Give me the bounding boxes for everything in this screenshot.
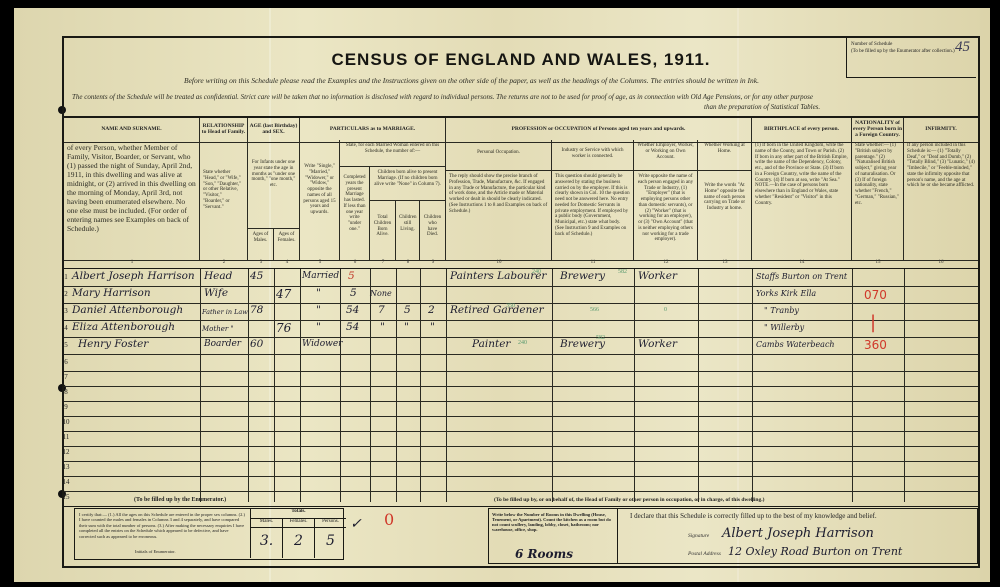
header-age: AGE (last Birthday) and SEX. [248, 118, 300, 142]
column-number: 10 [446, 260, 552, 268]
header-name: NAME AND SURNAME. [64, 118, 200, 142]
children-died-cell: " [430, 321, 435, 333]
subheader-children-total: Total Children Born Alive. [370, 200, 396, 260]
subheader-employer: Whether Employer, Worker, or Working on … [634, 140, 698, 170]
females-label: Females. [283, 519, 315, 527]
name-cell: Henry Foster [78, 338, 148, 350]
subheader-married-woman: State, for each Married Woman entered on… [340, 140, 446, 166]
marital-cell: " [316, 304, 321, 316]
occupation-code: 240 [532, 269, 541, 275]
red-code-annotation: 360 [864, 338, 887, 352]
subheader-ages-males: Ages of Males. [248, 228, 274, 260]
relationship-cell: Boarder [204, 339, 241, 349]
enumerator-heading: (To be filled up by the Enumerator.) [134, 497, 226, 503]
census-form-sheet: CENSUS OF ENGLAND AND WALES, 1911. Befor… [14, 8, 990, 582]
relationship-cell: Father in Law [202, 308, 248, 316]
red-line-mark: | [870, 312, 876, 333]
header-marriage: PARTICULARS as to MARRIAGE. [300, 118, 446, 142]
subheader-working-home-desc: Write the words "At Home" opposite the n… [698, 170, 752, 260]
column-number: 16 [904, 260, 978, 268]
years-married-cell: 54 [346, 321, 359, 333]
industry-code: 582 [596, 335, 605, 341]
form-frame: CENSUS OF ENGLAND AND WALES, 1911. Befor… [62, 36, 980, 568]
name-cell: Albert Joseph Harrison [72, 270, 195, 282]
males-total: 3. [251, 528, 283, 558]
signature-label: Signature [688, 533, 709, 539]
marital-cell: " [316, 287, 321, 299]
employer-code: 0 [664, 307, 667, 313]
subheader-nationality: State whether:— (1) "British subject by … [852, 140, 904, 260]
header-profession: PROFESSION or OCCUPATION of Persons aged… [446, 118, 752, 142]
persons-total: 5 [315, 528, 346, 558]
subheader-birthplace: (1) If born in the United Kingdom, write… [752, 140, 852, 260]
address-value: 12 Oxley Road Burton on Trent [728, 545, 902, 558]
employer-cell: Worker [638, 270, 677, 282]
declaration-box: I declare that this Schedule is correctl… [618, 508, 978, 564]
rooms-value: 6 Rooms [515, 547, 573, 561]
persons-label: Persons. [315, 519, 346, 527]
schedule-number-box: Number of Schedule (To be filled up by t… [846, 38, 976, 78]
row-number: 2 [61, 290, 71, 298]
row-number: 11 [61, 433, 71, 441]
name-cell: Mary Harrison [72, 287, 151, 299]
column-number: 11 [552, 260, 634, 268]
age-male-cell: 60 [250, 338, 263, 350]
householder-heading: (To be filled up by, or on behalf of, th… [494, 497, 764, 503]
total-children-cell: " [380, 321, 385, 333]
total-children-cell: 7 [378, 304, 385, 316]
column-number: 2 [200, 260, 248, 268]
row-number: 9 [61, 403, 71, 411]
birthplace-cell: Staffs Burton on Trent [756, 272, 847, 281]
table-row: 5 Henry Foster Boarder 60 Widower Painte… [64, 337, 978, 355]
row-number: 15 [61, 493, 71, 501]
birthplace-cell: Yorks Kirk Ella [756, 289, 816, 298]
signature-value: Albert Joseph Harrison [722, 526, 874, 541]
header-infirmity: INFIRMITY. [904, 118, 978, 142]
column-number: 5 [300, 260, 340, 268]
subheader-completed-years: Completed years the present Marriage has… [340, 166, 370, 260]
birthplace-cell: " Tranby [764, 306, 799, 315]
subheader-name: of every Person, whether Member of Famil… [64, 140, 200, 260]
red-mark: 0 [384, 510, 394, 529]
red-code-annotation: 070 [864, 288, 887, 302]
column-number: 7 [370, 260, 396, 268]
column-number: 6 [340, 260, 370, 268]
table-row: 3 Daniel Attenborough Father in Law 78 "… [64, 303, 978, 321]
employer-cell: Worker [638, 338, 677, 350]
marital-cell: " [316, 321, 321, 333]
age-male-cell: 45 [250, 270, 263, 282]
industry-code: 582 [618, 269, 627, 275]
marital-cell: Widower [302, 339, 342, 349]
row-number: 8 [61, 388, 71, 396]
relationship-cell: Wife [204, 287, 228, 299]
subheader-relationship: State whether "Head," or "Wife," "Son," … [200, 140, 248, 260]
column-number: 8 [396, 260, 420, 268]
years-married-cell: 5 [350, 287, 357, 299]
subheader-children: Children born alive to present Marriage.… [370, 166, 446, 200]
name-cell: Daniel Attenborough [72, 304, 183, 316]
occupation-code: 350 [506, 303, 515, 309]
birthplace-cell: " Willerby [764, 323, 804, 332]
form-title: CENSUS OF ENGLAND AND WALES, 1911. [64, 50, 978, 70]
instruction-line: Before writing on this Schedule please r… [184, 76, 759, 85]
industry-cell: Brewery [560, 270, 605, 282]
table-row: 1 Albert Joseph Harrison Head 45 Married… [64, 269, 978, 287]
schedule-number-label: Number of Schedule [851, 42, 972, 47]
column-number: 9 [420, 260, 446, 268]
column-number: 13 [698, 260, 752, 268]
subheader-infants: For Infants under one year state the age… [248, 140, 300, 228]
check-mark: ✓ [350, 516, 362, 532]
subheader-infirmity: If any person included in this Schedule … [904, 140, 978, 260]
row-number: 4 [61, 324, 71, 332]
row-number: 3 [61, 307, 71, 315]
subheader-occupation-desc: The reply should show the precise branch… [446, 170, 552, 260]
column-subheader-row: of every Person, whether Member of Famil… [64, 140, 978, 261]
column-header-row: NAME AND SURNAME. RELATIONSHIP to Head o… [64, 116, 978, 143]
age-female-cell: 47 [276, 287, 291, 301]
children-living-cell: 5 [404, 304, 411, 316]
subheader-marital: Write "Single," "Married," "Widower," or… [300, 140, 340, 260]
enumerator-certify: I certify that:— (1.) All the ages on th… [79, 512, 245, 539]
column-number: 1 [64, 260, 200, 268]
age-female-cell: 76 [276, 321, 291, 335]
years-married-cell: 5 [348, 270, 355, 282]
column-number: 15 [852, 260, 904, 268]
birthplace-cell: Cambs Waterbeach [756, 340, 835, 349]
row-number: 14 [61, 478, 71, 486]
marital-cell: Married [302, 271, 339, 281]
children-died-cell: 2 [428, 304, 435, 316]
header-relationship: RELATIONSHIP to Head of Family. [200, 118, 248, 142]
years-married-cell: 54 [346, 304, 359, 316]
males-label: Males. [251, 519, 283, 527]
rooms-instruction: Write below the Number of Rooms in this … [492, 512, 614, 532]
subheader-children-living: Children still Living. [396, 200, 420, 260]
schedule-number: 45 [955, 39, 970, 56]
subheader-industry-desc: This question should generally be answer… [552, 170, 634, 260]
confidential-line: The contents of the Schedule will be tre… [72, 93, 813, 101]
relationship-cell: Head [204, 270, 232, 282]
subheader-children-died: Children who have Died. [420, 200, 446, 260]
females-total: 2 [283, 528, 315, 558]
subheader-industry: Industry or Service with which worker is… [552, 140, 634, 170]
row-number: 10 [61, 418, 71, 426]
subheader-personal-occupation: Personal Occupation. [446, 140, 552, 170]
row-number: 13 [61, 463, 71, 471]
column-number: 3 [248, 260, 274, 268]
totals-box: Totals. Males. Females. Persons. 3. 2 5 [250, 509, 346, 558]
enumerator-box: I certify that:— (1.) All the ages on th… [74, 508, 344, 560]
total-children-cell: None [370, 289, 392, 298]
children-living-cell: " [404, 321, 409, 333]
column-number-row: 1 2 3 4 5 6 7 8 9 10 11 12 13 14 15 16 [64, 260, 978, 269]
schedule-number-note: (To be filled up by the Enumerator after… [851, 49, 972, 54]
table-row: 4 Eliza Attenborough Mother " 76 " 54 " … [64, 320, 978, 338]
occupation-cell: Painter [472, 338, 510, 350]
confidential-line-2: than the preparation of Statistical Tabl… [704, 103, 820, 111]
subheader-working-home: Whether Working at Home. [698, 140, 752, 170]
header-birthplace: BIRTHPLACE of every person. [752, 118, 852, 142]
table-row: 2 Mary Harrison Wife 47 " 5 None Yorks K… [64, 286, 978, 304]
subheader-employer-desc: Write opposite the name of each person e… [634, 170, 698, 260]
industry-code: 566 [590, 307, 599, 313]
column-number: 14 [752, 260, 852, 268]
row-number: 6 [61, 358, 71, 366]
relationship-cell: Mother " [202, 325, 234, 333]
row-number: 1 [61, 273, 71, 281]
header-nationality: NATIONALITY of every Person born in a Fo… [852, 118, 904, 142]
rooms-box: Write below the Number of Rooms in this … [488, 508, 618, 564]
totals-label: Totals. [251, 509, 346, 519]
subheader-ages-females: Ages of Females. [274, 228, 300, 260]
row-number: 12 [61, 448, 71, 456]
declaration-text: I declare that this Schedule is correctl… [630, 512, 877, 520]
row-number: 5 [61, 341, 71, 349]
address-label: Postal Address [688, 551, 721, 557]
column-number: 12 [634, 260, 698, 268]
enumerator-initials-label: Initials of Enumerator. [135, 549, 176, 554]
occupation-code: 240 [518, 340, 527, 346]
column-number: 4 [274, 260, 300, 268]
occupation-cell: Retired Gardener [450, 304, 544, 316]
row-number: 7 [61, 373, 71, 381]
age-male-cell: 78 [250, 304, 263, 316]
name-cell: Eliza Attenborough [72, 321, 175, 333]
